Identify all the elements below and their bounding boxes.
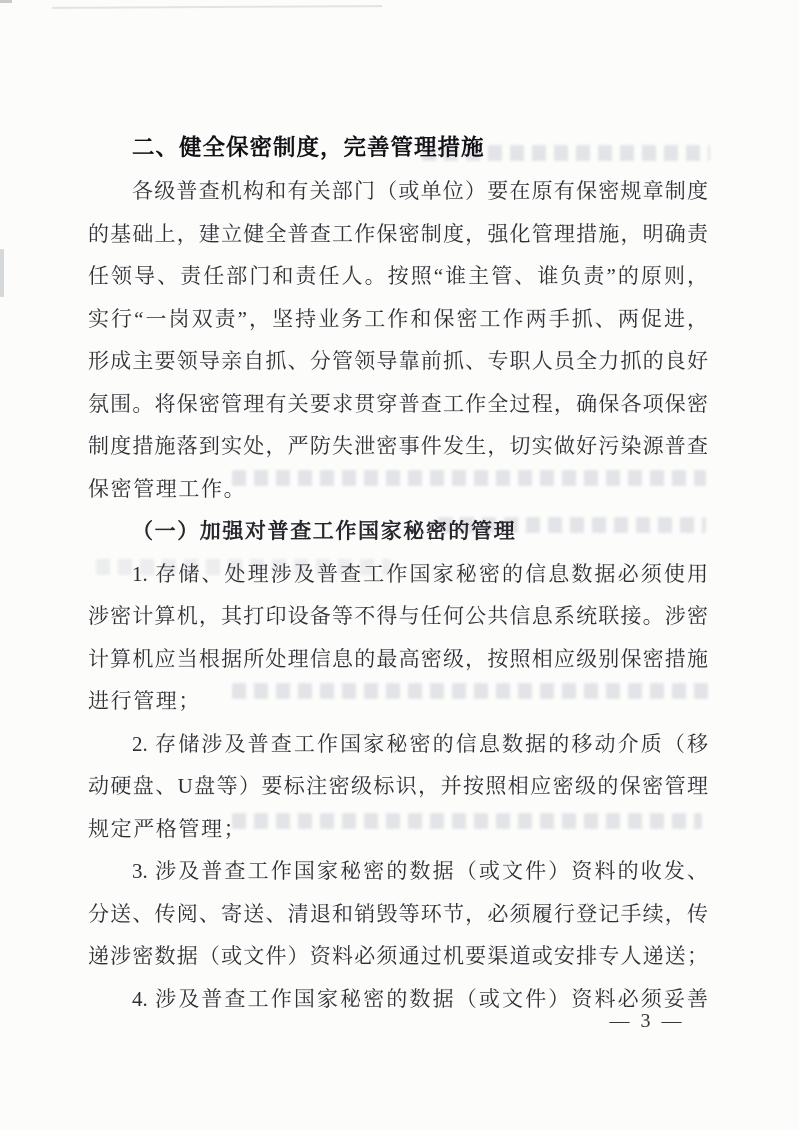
text-line: 动硬盘、U盘等）要标注密级标识，并按照相应密级的保密管理	[88, 765, 708, 808]
text-line: 分送、传阅、寄送、清退和销毁等环节，必须履行登记手续，传	[88, 893, 708, 936]
text-line: 任领导、责任部门和责任人。按照“谁主管、谁负责”的原则，	[88, 255, 708, 298]
scanned-document-page: 二、健全保密制度，完善管理措施 各级普查机构和有关部门（或单位）要在原有保密规章…	[0, 0, 799, 1130]
text-line: 1. 存储、处理涉及普查工作国家秘密的信息数据必须使用	[88, 553, 708, 596]
text-line: 规定严格管理；	[88, 808, 708, 851]
text-line: 实行“一岗双责”，坚持业务工作和保密工作两手抓、两促进，	[88, 298, 708, 341]
text-line: 各级普查机构和有关部门（或单位）要在原有保密规章制度	[88, 170, 708, 213]
scan-artifact-corner-mark	[0, 0, 12, 3]
text-line: 3. 涉及普查工作国家秘密的数据（或文件）资料的收发、	[88, 850, 708, 893]
text-line: 制度措施落到实处，严防失泄密事件发生，切实做好污染源普查	[88, 425, 708, 468]
text-line: 氛围。将保密管理有关要求贯穿普查工作全过程，确保各项保密	[88, 383, 708, 426]
section-heading: 二、健全保密制度，完善管理措施	[88, 126, 708, 170]
text-line: 形成主要领导亲自抓、分管领导靠前抓、专职人员全力抓的良好	[88, 340, 708, 383]
text-line: 的基础上，建立健全普查工作保密制度，强化管理措施，明确责	[88, 213, 708, 256]
text-line: 计算机应当根据所处理信息的最高密级，按照相应级别保密措施	[88, 638, 708, 681]
subsection-heading: （一）加强对普查工作国家秘密的管理	[88, 510, 708, 553]
scan-artifact-top-line	[52, 5, 382, 9]
scan-artifact-left-streak	[0, 249, 4, 297]
text-line: 2. 存储涉及普查工作国家秘密的信息数据的移动介质（移	[88, 723, 708, 766]
text-line: 递涉密数据（或文件）资料必须通过机要渠道或安排专人递送；	[88, 935, 708, 978]
document-body: 二、健全保密制度，完善管理措施 各级普查机构和有关部门（或单位）要在原有保密规章…	[88, 126, 708, 1020]
text-line: 进行管理；	[88, 680, 708, 723]
text-line: 涉密计算机，其打印设备等不得与任何公共信息系统联接。涉密	[88, 595, 708, 638]
text-line: 保密管理工作。	[88, 468, 708, 511]
page-number: — 3 —	[603, 1006, 691, 1036]
